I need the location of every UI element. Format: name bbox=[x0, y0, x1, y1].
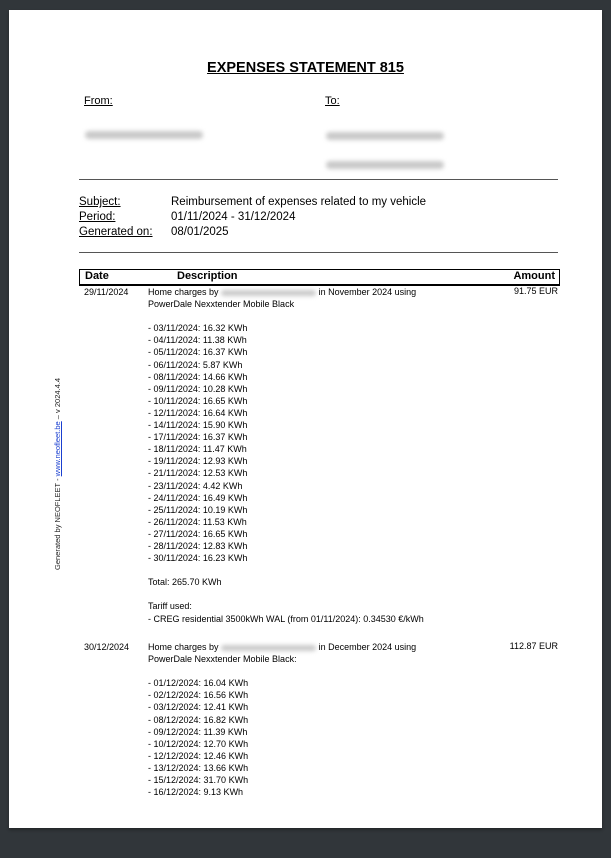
charge-entry: - 25/11/2024: 10.19 KWh bbox=[148, 504, 478, 516]
charge-entry: - 12/11/2024: 16.64 KWh bbox=[148, 407, 478, 419]
to-address-redacted bbox=[326, 156, 444, 174]
period-value: 01/11/2024 - 31/12/2024 bbox=[171, 211, 295, 223]
subject-value: Reimbursement of expenses related to my … bbox=[171, 196, 426, 208]
charge-entry: - 03/11/2024: 16.32 KWh bbox=[148, 322, 478, 334]
row2-date: 30/12/2024 bbox=[84, 641, 129, 653]
neofleet-link[interactable]: www.neofleet.be bbox=[53, 421, 62, 476]
header-amount: Amount bbox=[513, 270, 555, 282]
charge-entry: - 26/11/2024: 11.53 KWh bbox=[148, 516, 478, 528]
row1-description: Home charges by in November 2024 using P… bbox=[148, 286, 478, 625]
tariff-value: - CREG residential 3500kWh WAL (from 01/… bbox=[148, 613, 478, 625]
tariff-label: Tariff used: bbox=[148, 600, 478, 612]
document-page: EXPENSES STATEMENT 815 From: To: Subject… bbox=[9, 10, 602, 828]
charge-entry: - 18/11/2024: 11.47 KWh bbox=[148, 443, 478, 455]
charge-entry: - 30/11/2024: 16.23 KWh bbox=[148, 552, 478, 564]
header-date: Date bbox=[85, 270, 109, 282]
charge-entry: - 12/12/2024: 12.46 KWh bbox=[148, 750, 478, 762]
charge-entry: - 16/12/2024: 9.13 KWh bbox=[148, 786, 478, 798]
table-header: Date Description Amount bbox=[79, 269, 560, 286]
row2-description: Home charges by in December 2024 using P… bbox=[148, 641, 478, 798]
charge-entry: - 10/11/2024: 16.65 KWh bbox=[148, 395, 478, 407]
charge-entry: - 10/12/2024: 12.70 KWh bbox=[148, 738, 478, 750]
page-title: EXPENSES STATEMENT 815 bbox=[9, 60, 602, 76]
from-label: From: bbox=[84, 95, 113, 107]
divider bbox=[79, 252, 558, 253]
total-kwh: Total: 265.70 KWh bbox=[148, 576, 478, 588]
charge-entry: - 06/11/2024: 5.87 KWh bbox=[148, 359, 478, 371]
to-name-redacted bbox=[326, 127, 444, 145]
charge-entry: - 08/11/2024: 14.66 KWh bbox=[148, 371, 478, 383]
charge-entry: - 08/12/2024: 16.82 KWh bbox=[148, 714, 478, 726]
charge-entry: - 23/11/2024: 4.42 KWh bbox=[148, 480, 478, 492]
charge-entry: - 17/11/2024: 16.37 KWh bbox=[148, 431, 478, 443]
row1-amount: 91.75 EUR bbox=[514, 286, 558, 296]
to-label: To: bbox=[325, 95, 340, 107]
redacted-name bbox=[221, 290, 316, 296]
charge-entry: - 14/11/2024: 15.90 KWh bbox=[148, 419, 478, 431]
charge-entry: - 09/11/2024: 10.28 KWh bbox=[148, 383, 478, 395]
subject-label: Subject: bbox=[79, 196, 121, 208]
charge-entry: - 04/11/2024: 11.38 KWh bbox=[148, 334, 478, 346]
charge-entry: - 03/12/2024: 12.41 KWh bbox=[148, 701, 478, 713]
generator-note: Generated by NEOFLEET - www.neofleet.be … bbox=[53, 378, 62, 570]
charge-entry: - 09/12/2024: 11.39 KWh bbox=[148, 726, 478, 738]
charge-entry: - 05/11/2024: 16.37 KWh bbox=[148, 346, 478, 358]
charge-entry: - 19/11/2024: 12.93 KWh bbox=[148, 455, 478, 467]
charge-entry: - 21/11/2024: 12.53 KWh bbox=[148, 467, 478, 479]
from-name-redacted bbox=[85, 126, 203, 144]
charge-entry: - 13/12/2024: 13.66 KWh bbox=[148, 762, 478, 774]
row2-amount: 112.87 EUR bbox=[510, 641, 558, 651]
charge-entry: - 15/12/2024: 31.70 KWh bbox=[148, 774, 478, 786]
generated-value: 08/01/2025 bbox=[171, 226, 229, 238]
charge-entry: - 02/12/2024: 16.56 KWh bbox=[148, 689, 478, 701]
charge-entry: - 24/11/2024: 16.49 KWh bbox=[148, 492, 478, 504]
header-description: Description bbox=[177, 270, 238, 282]
period-label: Period: bbox=[79, 211, 115, 223]
redacted-name bbox=[221, 645, 316, 651]
charge-entry: - 01/12/2024: 16.04 KWh bbox=[148, 677, 478, 689]
generated-label: Generated on: bbox=[79, 226, 153, 238]
row1-date: 29/11/2024 bbox=[84, 286, 128, 298]
charge-entry: - 27/11/2024: 16.65 KWh bbox=[148, 528, 478, 540]
charge-entry: - 28/11/2024: 12.83 KWh bbox=[148, 540, 478, 552]
divider bbox=[79, 179, 558, 180]
